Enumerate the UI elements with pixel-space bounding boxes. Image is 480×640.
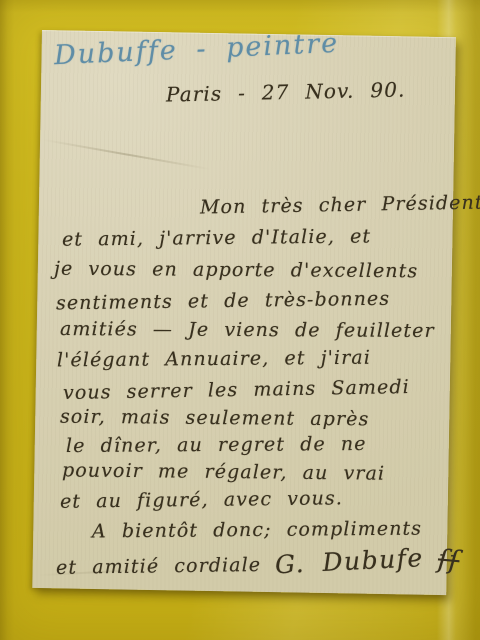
dateline: Paris - 27 Nov. 90. [166, 77, 406, 106]
letter-line: sentiments et de très-bonnes [56, 288, 390, 315]
letter-line: l'élégant Annuaire, et j'irai [57, 347, 371, 372]
closing-text: et amitié cordiale [56, 554, 261, 579]
letter-line: je vous en apporte d'excellents [54, 258, 418, 283]
closing-line: et amitié cordiale G. Dubufe ſſ [56, 545, 460, 581]
letter-line: amitiés — Je viens de feuilleter [60, 318, 435, 342]
letter-line: pouvoir me régaler, au vrai [62, 459, 385, 484]
paper-crease [43, 139, 211, 170]
signature-paraph-icon: ſſ [437, 544, 461, 576]
photo-background: Dubuffe - peintre Paris - 27 Nov. 90. Mo… [0, 0, 480, 640]
letter-line: soir, mais seulement après [60, 406, 370, 431]
letter-line: le dîner, au regret de ne [66, 433, 367, 457]
signature: G. Dubufe [275, 543, 425, 579]
letter-line: et ami, j'arrive d'Italie, et [62, 225, 371, 250]
letter-line: A bientôt donc; compliments [92, 518, 422, 543]
letter-line: et au figuré, avec vous. [60, 487, 343, 512]
